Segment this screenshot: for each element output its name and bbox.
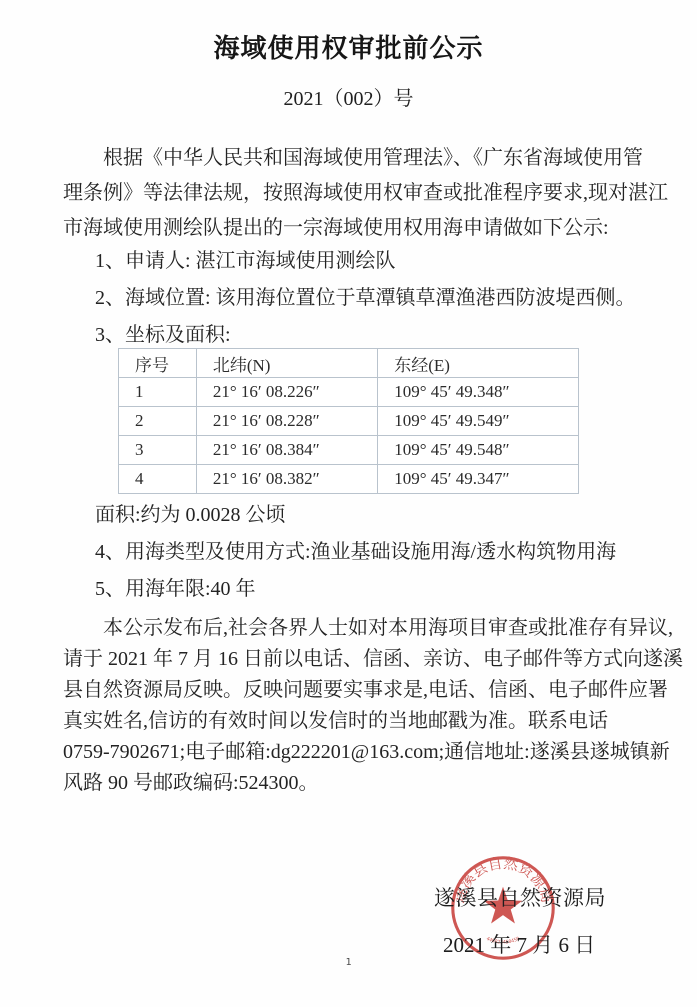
closing-paragraph: 本公示发布后,社会各界人士如对本用海项目审查或批准存有异议, 请于 2021 年… xyxy=(63,613,643,799)
table-header-row: 序号 北纬(N) 东经(E) xyxy=(119,349,579,378)
cell-index: 2 xyxy=(119,407,197,436)
table-row: 2 21° 16′ 08.228″ 109° 45′ 49.549″ xyxy=(119,407,579,436)
signature-date: 2021 年 7 月 6 日 xyxy=(443,931,595,959)
item-applicant: 1、申请人: 湛江市海域使用测绘队 xyxy=(95,243,655,280)
page-title: 海域使用权审批前公示 xyxy=(0,28,697,65)
cell-index: 1 xyxy=(119,378,197,407)
coordinates-table: 序号 北纬(N) 东经(E) 1 21° 16′ 08.226″ 109° 45… xyxy=(118,348,579,494)
cell-longitude: 109° 45′ 49.549″ xyxy=(378,407,579,436)
notice-document-page: 海域使用权审批前公示 2021（002）号 根据《中华人民共和国海域使用管理法》… xyxy=(0,0,697,1007)
cell-latitude: 21° 16′ 08.228″ xyxy=(196,407,377,436)
table-row: 3 21° 16′ 08.384″ 109° 45′ 49.548″ xyxy=(119,436,579,465)
header-latitude: 北纬(N) xyxy=(196,349,377,378)
cell-longitude: 109° 45′ 49.347″ xyxy=(378,465,579,494)
header-longitude: 东经(E) xyxy=(378,349,579,378)
cell-latitude: 21° 16′ 08.384″ xyxy=(196,436,377,465)
header-index: 序号 xyxy=(119,349,197,378)
item-use-term: 5、用海年限:40 年 xyxy=(95,571,256,608)
item-sea-location: 2、海域位置: 该用海位置位于草潭镇草潭渔港西防波堤西侧。 xyxy=(95,280,655,317)
table-row: 1 21° 16′ 08.226″ 109° 45′ 49.348″ xyxy=(119,378,579,407)
cell-longitude: 109° 45′ 49.348″ xyxy=(378,378,579,407)
table-row: 4 21° 16′ 08.382″ 109° 45′ 49.347″ xyxy=(119,465,579,494)
document-number: 2021（002）号 xyxy=(0,82,697,111)
cell-index: 4 xyxy=(119,465,197,494)
cell-latitude: 21° 16′ 08.226″ xyxy=(196,378,377,407)
notice-item-list: 1、申请人: 湛江市海域使用测绘队 2、海域位置: 该用海位置位于草潭镇草潭渔港… xyxy=(95,243,655,354)
intro-paragraph: 根据《中华人民共和国海域使用管理法》、《广东省海域使用管 理条例》等法律法规，按… xyxy=(63,141,643,246)
cell-longitude: 109° 45′ 49.548″ xyxy=(378,436,579,465)
area-line: 面积:约为 0.0028 公顷 xyxy=(95,497,286,534)
page-number: 1 xyxy=(0,957,697,968)
cell-latitude: 21° 16′ 08.382″ xyxy=(196,465,377,494)
cell-index: 3 xyxy=(119,436,197,465)
signature-authority: 遂溪县自然资源局 xyxy=(434,884,606,912)
item-use-type: 4、用海类型及使用方式:渔业基础设施用海/透水构筑物用海 xyxy=(95,534,616,571)
